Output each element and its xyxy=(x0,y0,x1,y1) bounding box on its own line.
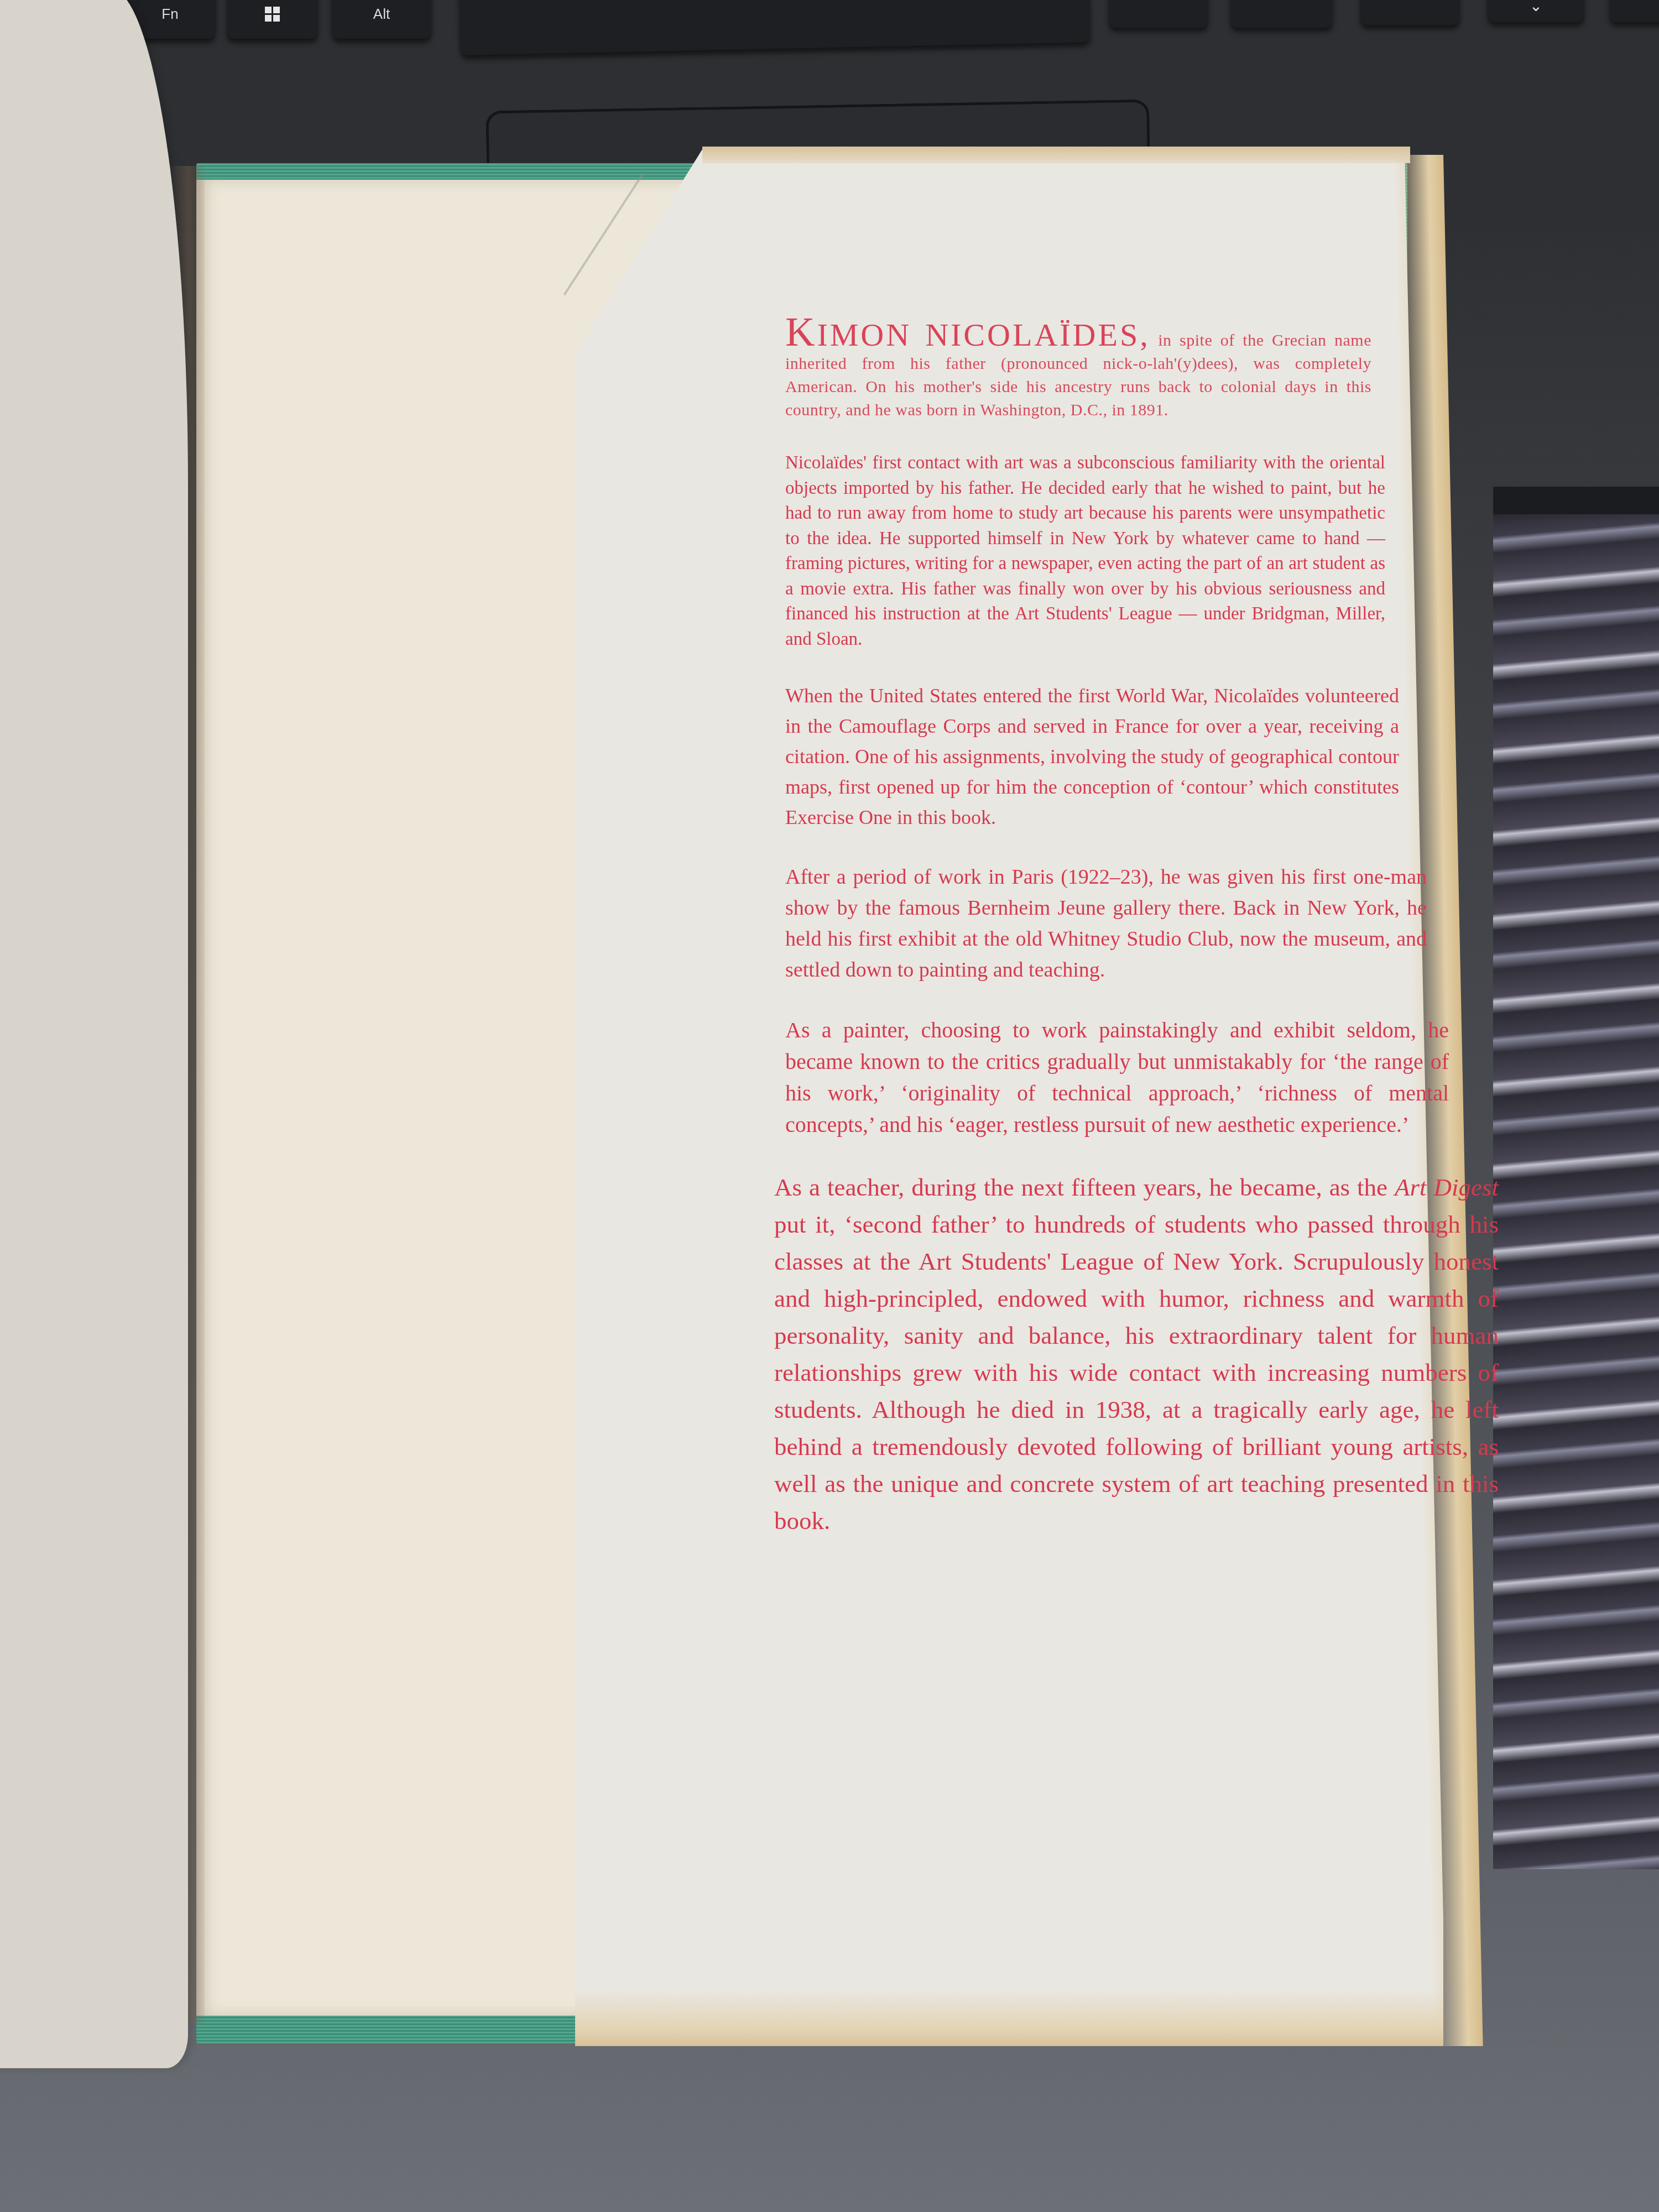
bio-paragraph-2: Nicolaïdes' first contact with art was a… xyxy=(785,451,1385,652)
bio-paragraph-6-rest: put it, ‘second father’ to hundreds of s… xyxy=(774,1211,1499,1535)
author-name-rest: IMON NICOLAÏDES, xyxy=(817,317,1150,353)
alt-key[interactable]: Alt xyxy=(332,0,431,39)
left-arrow-key[interactable] xyxy=(1360,0,1460,25)
bio-paragraph-5: As a painter, choosing to work painstaki… xyxy=(785,1014,1449,1140)
right-ctrl-key[interactable] xyxy=(1230,0,1333,28)
alt-key-label: Alt xyxy=(373,6,390,23)
right-arrow-key[interactable] xyxy=(1609,0,1659,22)
spacebar-key[interactable] xyxy=(459,0,1091,55)
chevron-down-icon: ⌄ xyxy=(1530,0,1542,15)
author-name-initial: K xyxy=(785,310,817,355)
fn-key-label: Fn xyxy=(161,6,178,23)
author-biography: KIMON NICOLAÏDES, in spite of the Grecia… xyxy=(785,321,1521,1568)
flap-aged-edge-top xyxy=(702,147,1410,163)
photo-scene: Fn Alt ⌄ KIMON NICOLAÏDES, in spite of t… xyxy=(0,0,1659,2212)
flap-aged-edge-bottom xyxy=(575,1991,1443,2046)
bio-paragraph-4: After a period of work in Paris (1922–23… xyxy=(785,862,1427,985)
bio-paragraph-3: When the United States entered the first… xyxy=(785,681,1399,833)
down-arrow-key[interactable]: ⌄ xyxy=(1488,0,1584,22)
windows-logo-icon xyxy=(265,7,280,22)
bio-paragraph-6: As a teacher, during the next fifteen ye… xyxy=(774,1169,1499,1540)
author-name-heading: KIMON NICOLAÏDES, xyxy=(785,317,1150,353)
publication-title: Art Digest xyxy=(1395,1173,1499,1201)
bio-paragraph-6-start: As a teacher, during the next fifteen ye… xyxy=(774,1173,1395,1201)
right-alt-key[interactable] xyxy=(1109,0,1208,28)
bio-paragraph-1: KIMON NICOLAÏDES, in spite of the Grecia… xyxy=(785,321,1371,422)
turned-page[interactable] xyxy=(0,0,188,2068)
windows-key[interactable] xyxy=(227,0,318,39)
